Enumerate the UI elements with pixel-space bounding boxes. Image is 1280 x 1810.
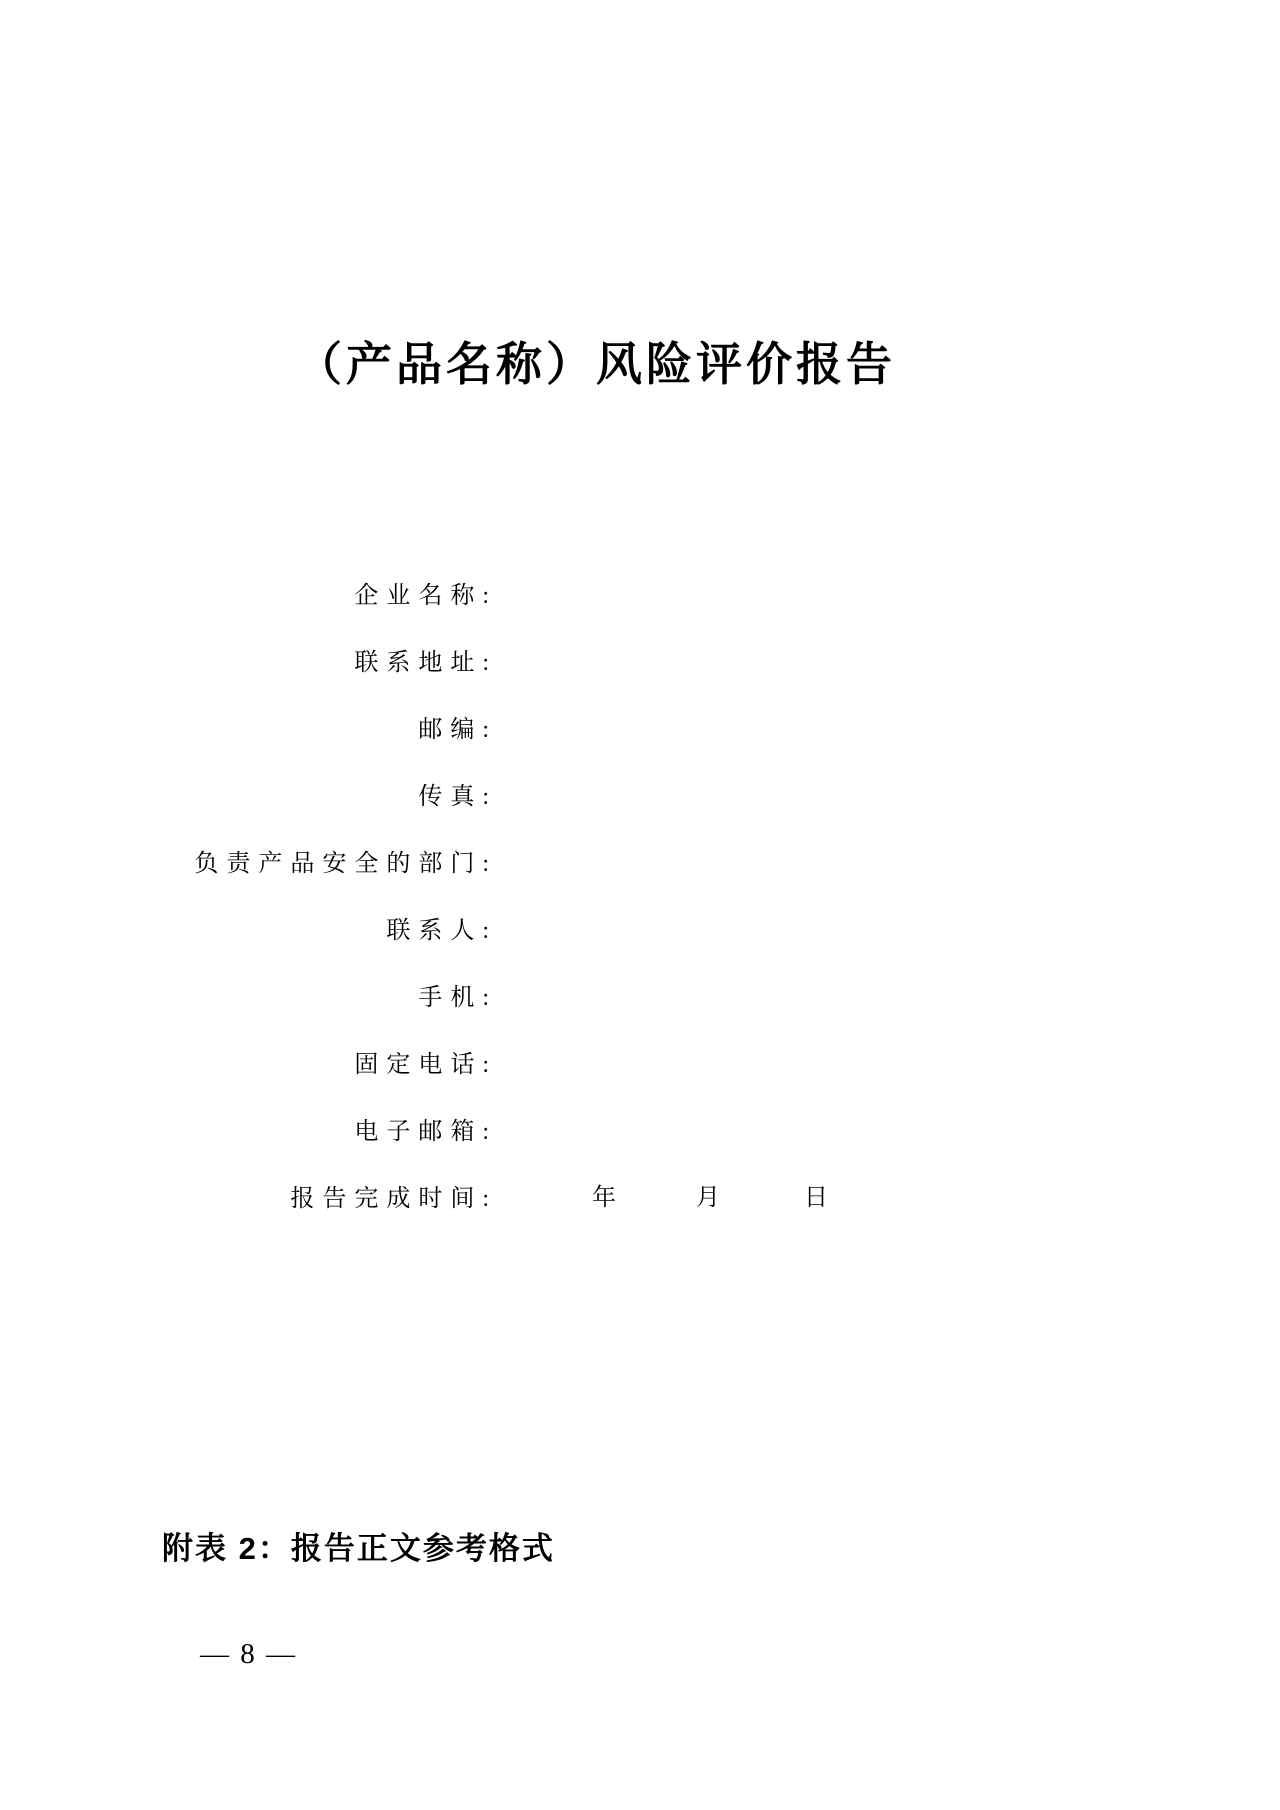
form-row-company-name: 企业名称: [0,563,497,630]
form-row-email: 电子邮箱: [0,1099,497,1166]
form-row-mobile: 手机: [0,965,497,1032]
date-year-placeholder: 年 [592,1185,616,1211]
form-row-landline: 固定电话: [0,1032,497,1099]
date-day-placeholder: 日 [804,1185,828,1211]
cover-form: 企业名称: 联系地址: 邮编: 传真: 负责产品安全的部门: 联系人: 手机: … [0,563,497,1233]
page-title: （产品名称）风险评价报告 [296,338,896,390]
document-page: （产品名称）风险评价报告 企业名称: 联系地址: 邮编: 传真: 负责产品安全的… [0,0,1280,1810]
page-number: — 8 — [0,1637,497,1671]
form-row-contact-person: 联系人: [0,898,497,965]
form-row-postal-code: 邮编: [0,697,497,764]
form-row-report-completion-date: 报告完成时间: [0,1166,497,1233]
form-row-safety-department: 负责产品安全的部门: [0,831,497,898]
form-row-contact-address: 联系地址: [0,630,497,697]
date-month-placeholder: 月 [696,1185,720,1211]
form-row-fax: 传真: [0,764,497,831]
appendix-heading: 附表 2：报告正文参考格式 [162,1530,555,1568]
